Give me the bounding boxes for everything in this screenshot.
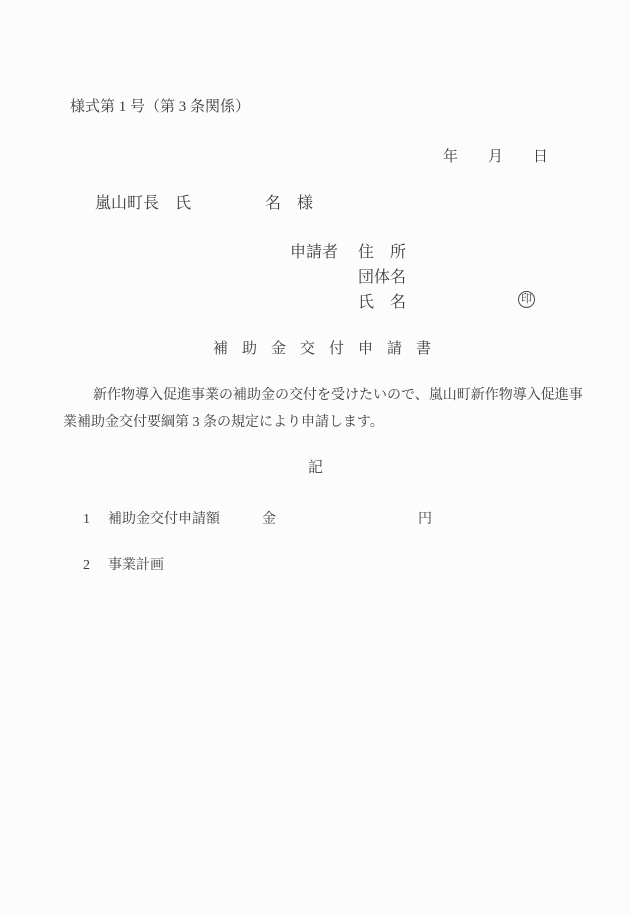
document-title: 補助金交付申請書	[213, 341, 445, 358]
applicant-name-label: 氏 名	[358, 294, 406, 312]
item-1-label: 補助金交付申請額	[108, 512, 220, 527]
item-1-amount-prefix: 金	[262, 512, 276, 527]
form-number: 様式第 1 号（第 3 条関係）	[70, 99, 250, 116]
record-marker: 記	[308, 460, 323, 477]
addressee-title: 嵐山町長 氏	[95, 195, 191, 213]
application-form-page: 様式第 1 号（第 3 条関係） 年 月 日 嵐山町長 氏 名 様 申請者 住 …	[0, 0, 630, 915]
body-text-line2: 業補助金交付要綱第 3 条の規定により申請します。	[63, 415, 384, 430]
seal-character: 印	[521, 294, 532, 305]
date-line: 年 月 日	[443, 149, 548, 166]
applicant-organization-label: 団体名	[358, 269, 406, 287]
addressee-name-honorific: 名 様	[265, 195, 313, 213]
body-text-line1: 新作物導入促進事業の補助金の交付を受けたいので、嵐山町新作物導入促進事	[93, 388, 583, 403]
seal-stamp-icon: 印	[518, 291, 535, 308]
item-1-amount-suffix: 円	[418, 512, 432, 527]
applicant-address-label: 住 所	[358, 244, 406, 262]
applicant-label: 申請者	[290, 244, 338, 262]
item-1-number: 1	[83, 512, 90, 527]
item-2-label: 事業計画	[108, 558, 164, 573]
item-2-number: 2	[83, 558, 90, 573]
